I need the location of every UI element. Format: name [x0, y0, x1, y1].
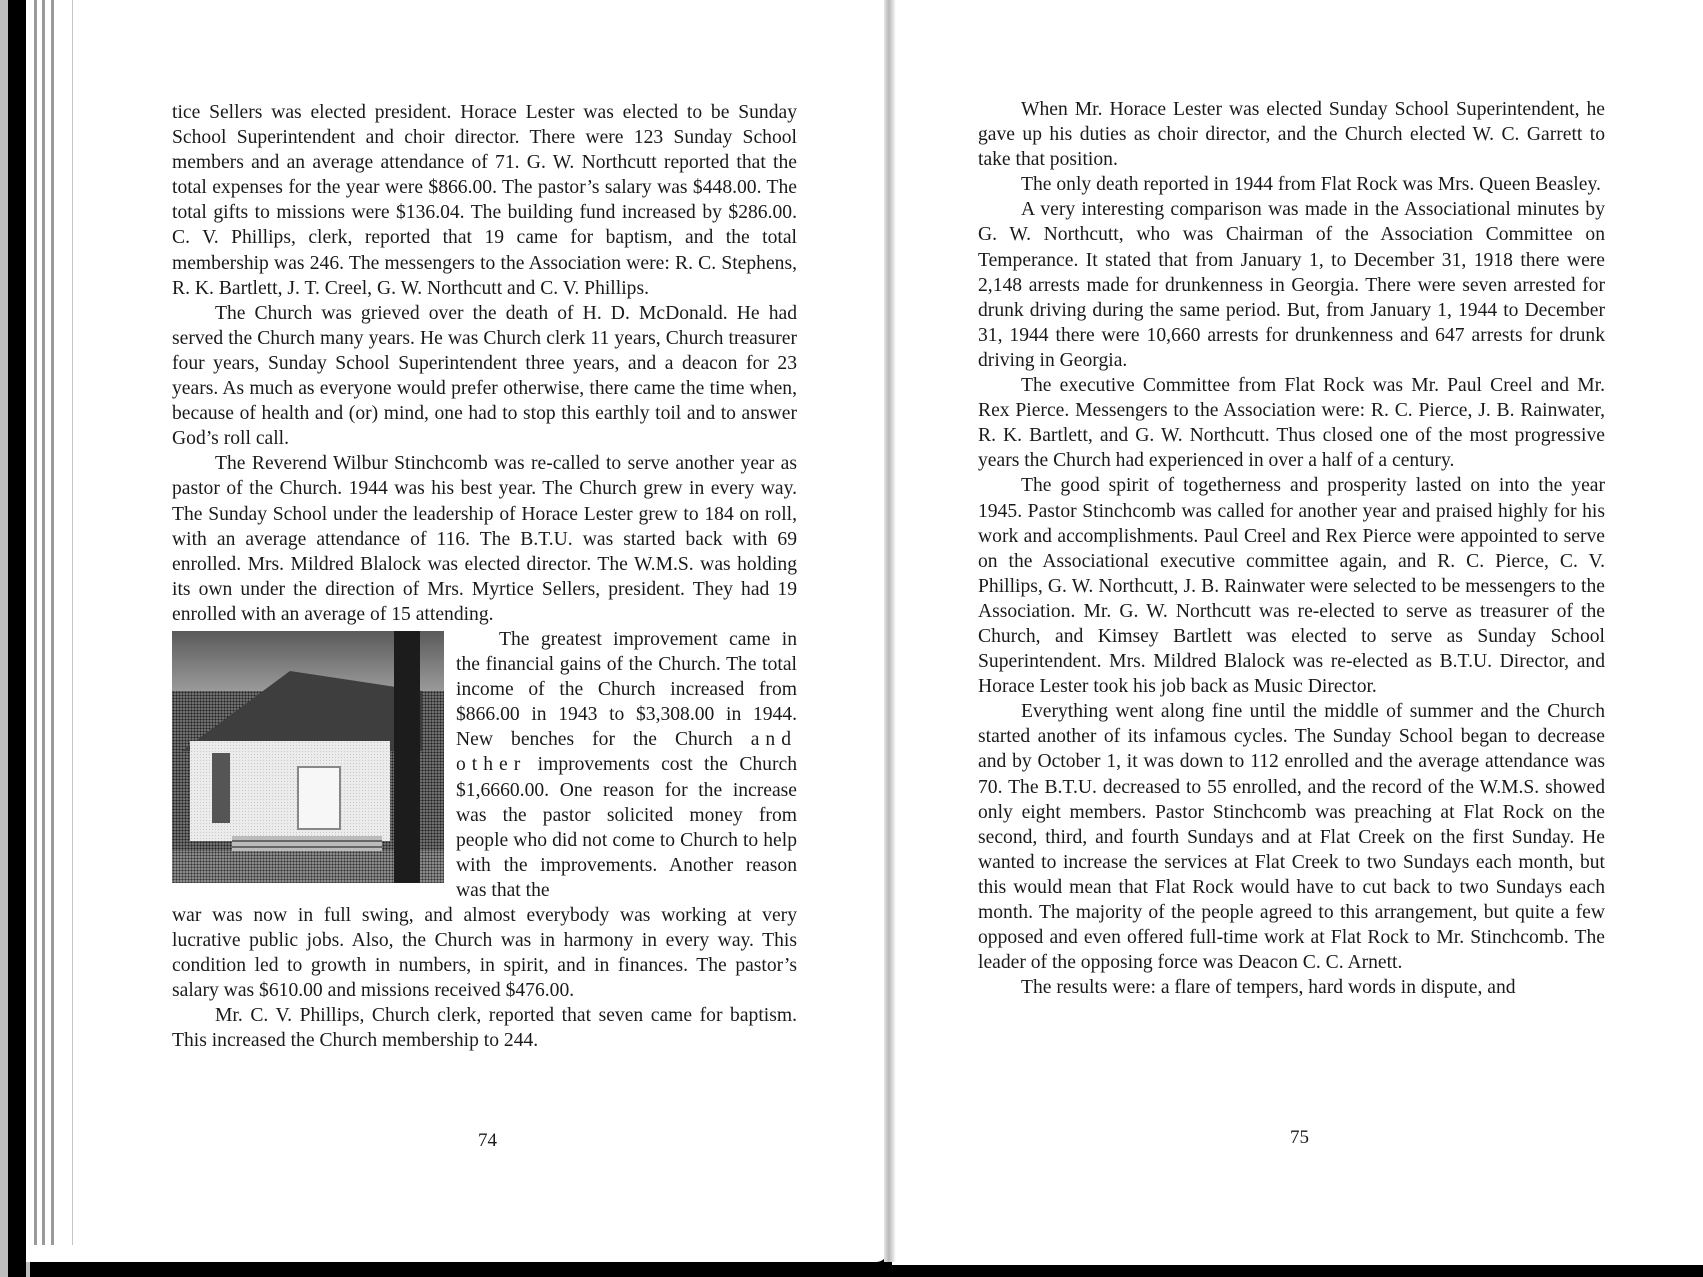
page-stack-line [34, 0, 37, 1245]
church-building-photo [172, 631, 444, 883]
paragraph: When Mr. Horace Lester was elected Sunda… [978, 97, 1605, 172]
paragraph: Everything went along fine until the mid… [978, 699, 1605, 975]
paragraph: A very interesting comparison was made i… [978, 197, 1605, 373]
book-spread: tice Sellers was elected president. Hora… [0, 0, 1703, 1277]
paragraph: The Church was grieved over the death of… [172, 301, 797, 452]
paragraph: war was now in full swing, and almost ev… [172, 903, 797, 1003]
paragraph: The only death reported in 1944 from Fla… [978, 172, 1605, 197]
paragraph: The Reverend Wilbur Stinchcomb was re-ca… [172, 451, 797, 627]
page-stack-line [51, 0, 54, 1245]
paragraph: The executive Committee from Flat Rock w… [978, 373, 1605, 473]
photo-text-wrap: The greatest improvement came in the fin… [172, 627, 797, 903]
paragraph-text: improvements cost the Church $1,6660.00.… [456, 754, 797, 900]
paragraph: tice Sellers was elected president. Hora… [172, 100, 797, 301]
left-page-text: tice Sellers was elected president. Hora… [172, 100, 797, 1054]
page-stack-line [72, 0, 73, 1245]
page-stack-line [42, 0, 45, 1245]
book-gutter [884, 0, 896, 1262]
paragraph: The greatest improvement came in the fin… [456, 627, 797, 903]
paragraph: The good spirit of togetherness and pros… [978, 473, 1605, 699]
right-page-text: When Mr. Horace Lester was elected Sunda… [978, 97, 1605, 1000]
page-number: 74 [478, 1130, 497, 1152]
paragraph: Mr. C. V. Phillips, Church clerk, report… [172, 1003, 797, 1053]
book-edge-dark [8, 0, 26, 1277]
paragraph-text: The greatest improvement came in the fin… [456, 629, 797, 750]
page-number: 75 [1290, 1127, 1309, 1149]
paragraph: The results were: a flare of tempers, ha… [978, 975, 1605, 1000]
